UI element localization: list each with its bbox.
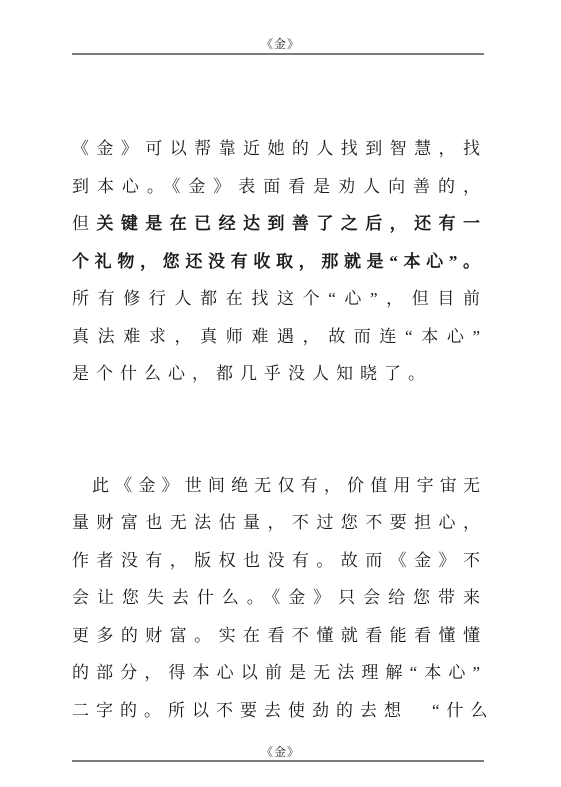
document-page: 《金》 《金》可以帮靠近她的人找到智慧，找到本心。《金》表面看是劝人向善的，但关… <box>0 0 561 787</box>
text-line: 到本心。《金》表面看是劝人向善的， <box>72 168 482 206</box>
text-line: 二字的。所以不要去使劲的去想 “什么 <box>72 692 482 730</box>
text-line: 的部分，得本心以前是无法理解“本心” <box>72 654 482 692</box>
text-segment: 所有修行人都在找这个“心”，但目前 <box>72 289 482 308</box>
text-line: 作者没有，版权也没有。故而《金》不 <box>72 542 482 580</box>
text-line: 真法难求，真师难遇，故而连“本心” <box>72 318 482 356</box>
text-line: 所有修行人都在找这个“心”，但目前 <box>72 280 482 318</box>
text-line: 量财富也无法估量，不过您不要担心， <box>72 504 482 542</box>
page-header: 《金》 <box>0 35 561 52</box>
text-segment: 到本心。《金》表面看是劝人向善的， <box>72 177 482 196</box>
text-line: 更多的财富。实在看不懂就看能看懂懂 <box>72 617 482 655</box>
footer-title: 《金》 <box>261 745 300 759</box>
paragraph: 此《金》世间绝无仅有，价值用宇宙无量财富也无法估量，不过您不要担心，作者没有，版… <box>72 467 482 730</box>
text-line: 是个什么心，都几乎没人知晓了。 <box>72 355 482 393</box>
header-title: 《金》 <box>261 37 300 51</box>
text-line: 会让您失去什么。《金》只会给您带来 <box>72 579 482 617</box>
text-segment: 但 <box>72 214 96 233</box>
text-segment: 量财富也无法估量，不过您不要担心， <box>72 513 482 532</box>
text-segment: 更多的财富。实在看不懂就看能看懂懂 <box>72 626 482 645</box>
footer-rule <box>72 760 484 762</box>
bold-text-segment: 关键是在已经达到善了之后，还有一 <box>96 214 482 233</box>
header-rule <box>72 53 484 55</box>
text-segment: 此《金》世间绝无仅有，价值用宇宙无 <box>92 476 482 495</box>
text-segment: 真法难求，真师难遇，故而连“本心” <box>72 327 482 346</box>
text-line: 个礼物，您还没有收取，那就是“本心”。 <box>72 243 482 281</box>
text-segment: 二字的。所以不要去使劲的去想 “什么 <box>72 701 495 720</box>
document-body: 《金》可以帮靠近她的人找到智慧，找到本心。《金》表面看是劝人向善的，但关键是在已… <box>72 130 482 729</box>
page-footer: 《金》 <box>0 743 561 760</box>
text-line: 《金》可以帮靠近她的人找到智慧，找 <box>72 130 482 168</box>
text-segment: 的部分，得本心以前是无法理解“本心” <box>72 663 482 682</box>
text-segment: 是个什么心，都几乎没人知晓了。 <box>72 364 432 383</box>
text-line: 此《金》世间绝无仅有，价值用宇宙无 <box>72 467 482 505</box>
paragraph: 《金》可以帮靠近她的人找到智慧，找到本心。《金》表面看是劝人向善的，但关键是在已… <box>72 130 482 393</box>
text-segment: 作者没有，版权也没有。故而《金》不 <box>72 551 482 570</box>
text-segment: 《金》可以帮靠近她的人找到智慧，找 <box>72 139 482 158</box>
text-line: 但关键是在已经达到善了之后，还有一 <box>72 205 482 243</box>
bold-text-segment: 个礼物，您还没有收取，那就是“本心”。 <box>72 252 482 271</box>
text-segment: 会让您失去什么。《金》只会给您带来 <box>72 588 482 607</box>
